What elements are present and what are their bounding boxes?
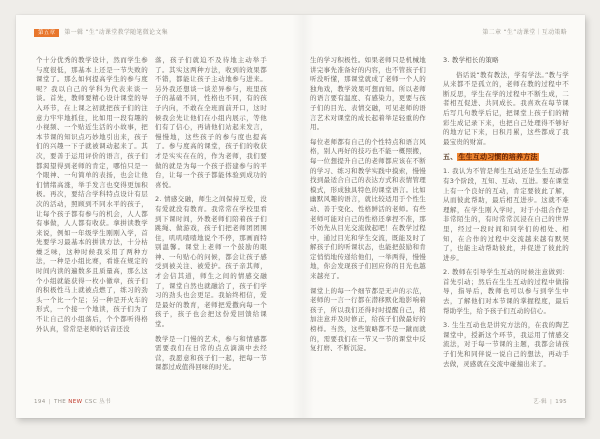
body-paragraph: 教学是一门慢的艺术，参与和情感都需要我们在日常的点点滴滴中去经营，我愿意和孩子们… [155, 335, 267, 373]
footer-label: 艺·辑 [533, 399, 547, 405]
body-paragraph: 俗话说“教有教法，学有学法。”教与学从来都不是孤立的，老师在教的过程中不断反思，… [443, 71, 569, 148]
footer-divider: | [49, 399, 51, 405]
page-number: 195 [555, 399, 567, 405]
body-paragraph: 个十分优秀的教学设计，然而学生参与度很低，那基本上还是一节失败的课堂了。那么如何… [36, 56, 148, 334]
scanned-book-spread: 第五章第一辑 “生”动课堂教学随笔微论文集 第二章 “生”动课堂｜互动策略 个十… [16, 15, 585, 418]
numbered-item: 2. 教师在引导学生互动的时候注意做到：首先引动；然后在生生互动的过程中做指导，… [443, 268, 569, 316]
running-header-row: 第五章第一辑 “生”动课堂教学随笔微论文集 第二章 “生”动课堂｜互动策略 [34, 28, 567, 37]
footer-divider: | [550, 399, 552, 405]
numbered-item: 3. 生生互动也是讲究方法的，在我的陶艺课堂中，授新这个环节，我运用了情感交流法… [443, 321, 569, 369]
section-number: 五、 [443, 153, 457, 161]
right-running-header: 第二章 “生”动课堂｜互动策略 [482, 28, 567, 37]
numbered-item: 2. 情感交融，师生之间保持互爱，没有爱就没有教育。我常常在学校里看到下课时间，… [155, 195, 267, 329]
brand-the: THE [54, 399, 66, 405]
page-number: 194 [34, 399, 46, 405]
body-paragraph: 每位老师都有自己的个性特点和语言风格，别人再好的技巧也不能一概照搬，每一位想提升… [310, 138, 426, 282]
right-page-footer: 艺·辑|195 [533, 398, 567, 406]
brand-new: NEW [68, 399, 82, 405]
chapter-badge: 第五章 [34, 29, 59, 37]
left-page-column-2: 落，孩子们就迫不及待地主动举手了。其实这两种方法，收到的效果都不错，都能让孩子主… [155, 56, 267, 393]
section-title-highlighted: 生生互动习惯的培养方法 [457, 153, 538, 161]
section-heading: 五、生生互动习惯的培养方法 [443, 152, 569, 162]
left-header-title: 第一辑 “生”动课堂教学随笔微论文集 [64, 29, 168, 36]
left-page-column-1: 个十分优秀的教学设计，然而学生参与度很低，那基本上还是一节失败的课堂了。那么如何… [36, 56, 148, 393]
right-page-column-2: 3. 教学相长的策略 俗话说“教有教法，学有学法。”教与学从来都不是孤立的，老师… [443, 56, 569, 393]
body-paragraph: 落，孩子们就迫不及待地主动举手了。其实这两种方法，收到的效果都不错，都能让孩子主… [155, 56, 267, 190]
left-page-footer: 194|THE NEW CSC 丛书 [34, 398, 111, 406]
left-running-header: 第五章第一辑 “生”动课堂教学随笔微论文集 [34, 28, 168, 37]
right-page-column-1: 生的学习积极性。如果老师只是机械地讲完事先准备好的内容，也不管孩子们听没听懂，那… [310, 56, 426, 393]
numbered-item: 1. 我认为不管是师生互动还是生生互动都有3个阶段，互知、互动、互进。要在课堂上… [443, 167, 569, 263]
numbered-item-heading: 3. 教学相长的策略 [443, 56, 569, 66]
body-paragraph: 课堂上的每一个细节都是无声的示范，老师的一言一行都在潜移默化地影响着孩子，所以我… [310, 287, 426, 354]
body-paragraph: 生的学习积极性。如果老师只是机械地讲完事先准备好的内容，也不管孩子们听没听懂，那… [310, 56, 426, 133]
brand-rest: CSC 丛书 [85, 399, 111, 405]
